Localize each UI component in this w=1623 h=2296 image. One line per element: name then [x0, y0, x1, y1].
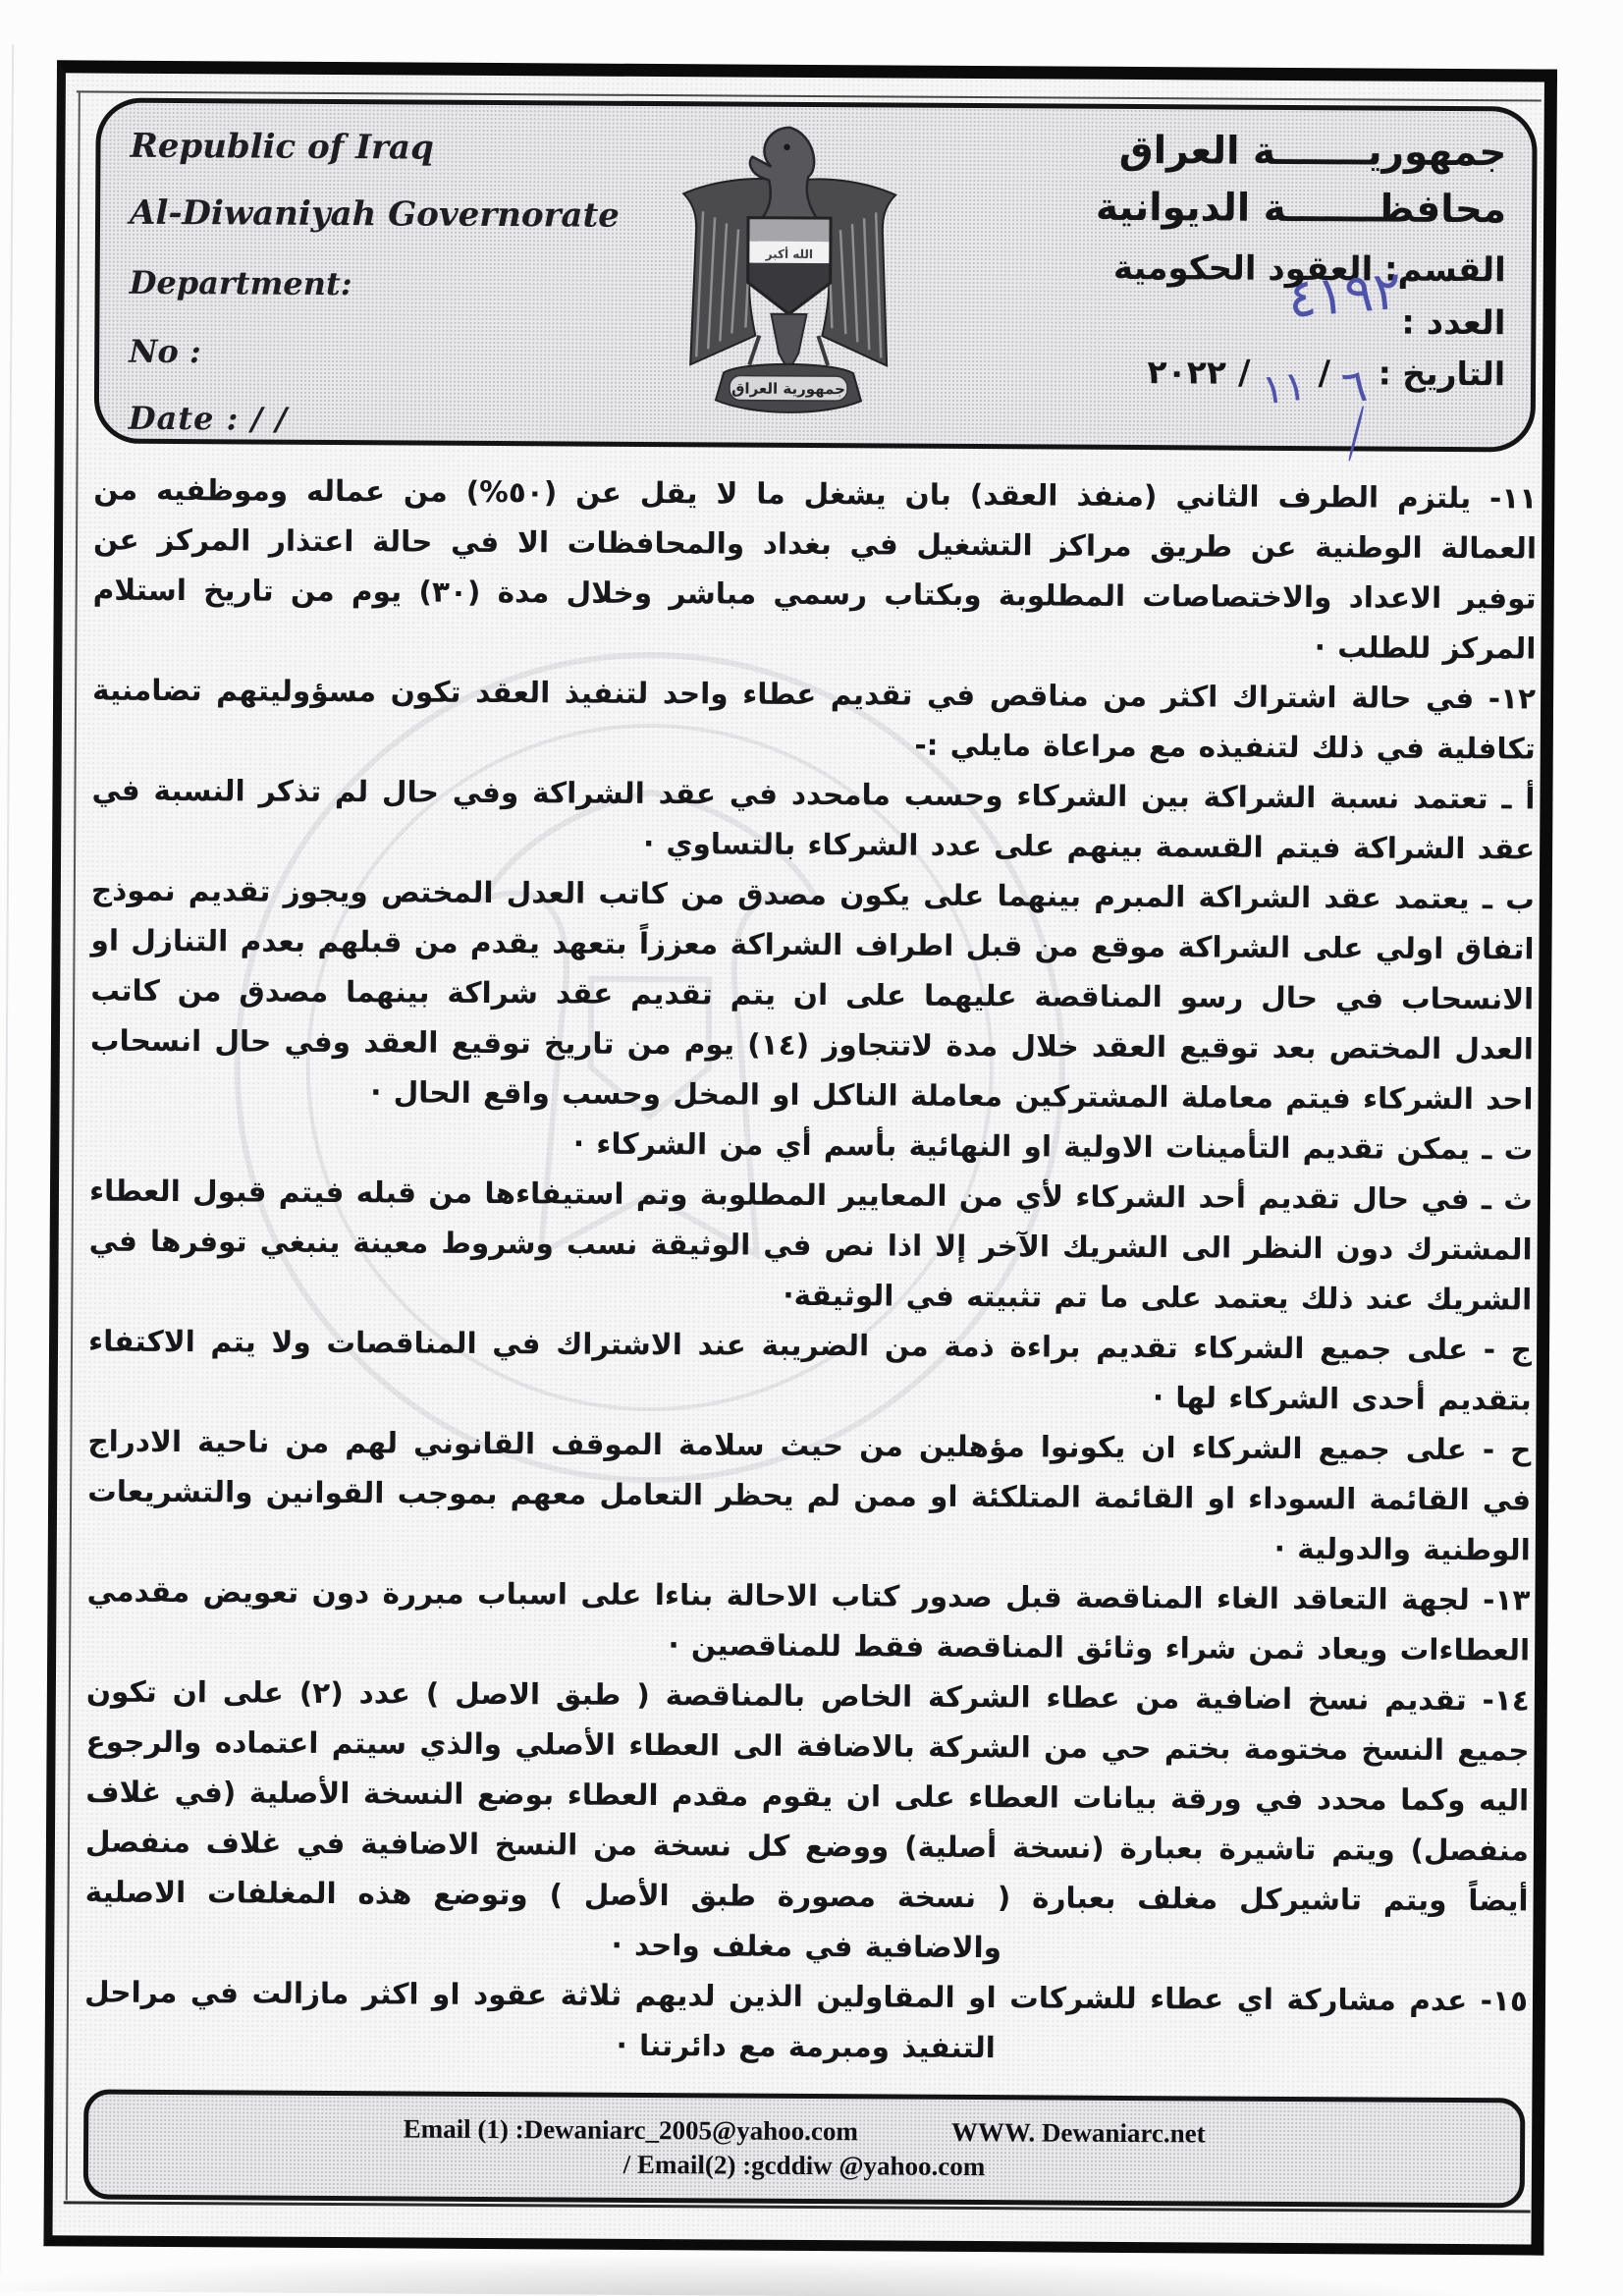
handwritten-month: ١١	[1260, 360, 1309, 413]
body-paragraph: ح - على جميع الشركاء ان يكونوا مؤهلين من…	[87, 1417, 1532, 1576]
scan-edge	[0, 44, 14, 2273]
footer-line-1: Email (1) :Dewaniarc_2005@yahoo.com WWW.…	[404, 2113, 1206, 2149]
number-label-en: No :	[129, 333, 201, 370]
body-paragraph: ١٢- في حالة اشتراك اكثر من مناقص في تقدي…	[92, 666, 1537, 775]
governorate-name-ar: محافظـــــــة الديوانية	[1096, 186, 1506, 233]
date-separator-2: /	[1238, 354, 1251, 393]
footer-website: WWW. Dewaniarc.net	[951, 2117, 1206, 2150]
country-name-en: Republic of Iraq	[130, 127, 434, 168]
date-separator: /	[1318, 354, 1330, 393]
header-box: Republic of Iraq Al-Diwaniyah Governorat…	[94, 98, 1538, 453]
body-paragraph: أ ـ تعتمد نسبة الشراكة بين الشركاء وحسب …	[91, 766, 1536, 875]
department-label-en: Department:	[130, 264, 352, 302]
footer-box: Email (1) :Dewaniarc_2005@yahoo.com WWW.…	[83, 2089, 1526, 2208]
country-name-ar: جمهوريـــــــة العراق	[1119, 129, 1507, 175]
date-line-ar: التاريخ : ٦ / ١١ / ٢٠٢٢	[1147, 353, 1505, 408]
governorate-name-en: Al-Diwaniyah Governorate	[130, 193, 620, 236]
body-paragraph: ١٥- عدم مشاركة اي عطاء للشركات او المقاو…	[84, 1967, 1529, 2076]
body-paragraph: ث ـ في حال تقديم أحد الشركاء لأي من المع…	[88, 1167, 1533, 1326]
body-paragraph: ب ـ يعتمد عقد الشراكة المبرم بينهما على …	[89, 866, 1535, 1125]
footer-email-2: / Email(2) :gcddiw @yahoo.com	[623, 2150, 986, 2182]
body-paragraph: ١٣- لجهة التعاقد الغاء المناقصة قبل صدور…	[86, 1567, 1531, 1676]
body-paragraph: ١١- يلتزم الطرف الثاني (منفذ العقد) بان …	[92, 465, 1537, 675]
scanned-sheet: Republic of Iraq Al-Diwaniyah Governorat…	[0, 0, 1623, 2296]
iraq-coat-of-arms-icon: الله أكبر جمهورية العراق	[641, 114, 938, 446]
emblem-banner-text: جمهورية العراق	[731, 379, 845, 398]
printed-year: ٢٠٢٢	[1147, 353, 1226, 391]
body-paragraph: ت ـ يمكن تقديم التأمينات الاولية او النه…	[89, 1117, 1533, 1175]
document-body: ١١- يلتزم الطرف الثاني (منفذ العقد) بان …	[84, 465, 1538, 2077]
date-label-en: Date : / /	[129, 400, 288, 438]
shield-takbir-text: الله أكبر	[765, 246, 814, 261]
date-label-ar: التاريخ :	[1379, 355, 1506, 394]
scan-bottom-shadow	[0, 2246, 1615, 2296]
body-paragraph: ١٤- تقديم نسخ اضافية من عطاء الشركة الخا…	[84, 1667, 1530, 1977]
body-paragraph: ج - على جميع الشركاء تقديم براءة ذمة من …	[88, 1317, 1533, 1426]
handwritten-document-number: ٤١٩٢	[1285, 259, 1404, 330]
handwritten-day: ٦	[1338, 358, 1371, 414]
number-label-ar: العدد :	[1401, 303, 1505, 344]
footer-email-1: Email (1) :Dewaniarc_2005@yahoo.com	[404, 2113, 858, 2147]
